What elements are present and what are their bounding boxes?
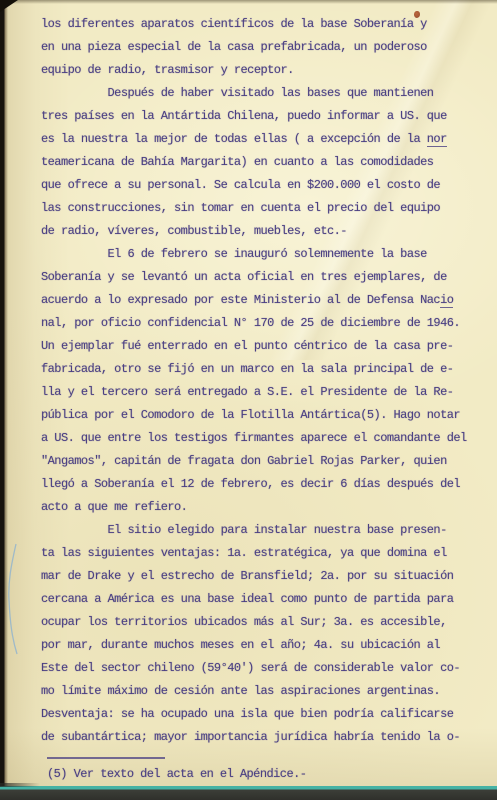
footnote-separator — [47, 757, 165, 759]
line-text: lla y el tercero será entregado a S.E. e… — [41, 385, 453, 399]
line-text: acuerdo a lo expresado por este Minister… — [41, 293, 440, 307]
typewritten-line: acuerdo a lo expresado por este Minister… — [41, 289, 481, 312]
line-text: teamericana de Bahía Margarita) en cuant… — [41, 155, 433, 169]
line-text: las construcciones, sin tomar en cuenta … — [41, 201, 440, 215]
line-text: los diferentes aparatos científicos de l… — [41, 17, 427, 31]
typewritten-line: que ofrece a su personal. Se calcula en … — [41, 174, 481, 197]
line-text: es la nuestra la mejor de todas ellas ( … — [41, 132, 427, 146]
typewritten-line: de subantártica; mayor importancia juríd… — [41, 726, 481, 749]
line-text: Un ejemplar fué enterrado en el punto cé… — [41, 339, 453, 353]
line-text: ta las siguientes ventajas: 1a. estratég… — [41, 546, 447, 560]
typewritten-line: tres países en la Antártida Chilena, pue… — [41, 105, 481, 128]
typewritten-line: Un ejemplar fué enterrado en el punto cé… — [41, 335, 481, 358]
typewritten-line: mar de Drake y el estrecho de Bransfield… — [41, 565, 481, 588]
typewritten-line: las construcciones, sin tomar en cuenta … — [41, 197, 481, 220]
line-text: cercana a América es una base ideal como… — [41, 592, 453, 606]
page-bottom-edge — [0, 786, 497, 800]
line-text: (5) Ver texto del acta en el Apéndice.- — [47, 767, 306, 781]
line-text: ocupar los territorios ubicados más al S… — [41, 615, 447, 629]
typewritten-line: de radio, víveres, combustible, muebles,… — [41, 220, 481, 243]
line-text: Este del sector chileno (59°40') será de… — [41, 661, 460, 675]
typewritten-line: en una pieza especial de la casa prefabr… — [41, 36, 481, 59]
line-text: pública por el Comodoro de la Flotilla A… — [41, 408, 460, 422]
line-text: llegó a Soberanía el 12 de febrero, es d… — [41, 477, 460, 491]
line-text: mo límite máximo de cesión ante las aspi… — [41, 684, 440, 698]
typewritten-line: mo límite máximo de cesión ante las aspi… — [41, 680, 481, 703]
typewritten-line: Después de haber visitado las bases que … — [41, 82, 481, 105]
page-corner-shadow — [0, 0, 18, 12]
line-text: "Angamos", capitán de fragata don Gabrie… — [41, 454, 447, 468]
typewritten-line: nal, por oficio confidencial N° 170 de 2… — [41, 312, 481, 335]
blue-pen-stroke — [0, 538, 30, 663]
line-text: Soberanía y se levantó un acta oficial e… — [41, 270, 447, 284]
underlined-text: nor — [427, 132, 447, 147]
page-left-edge — [0, 0, 8, 800]
typewritten-line: llegó a Soberanía el 12 de febrero, es d… — [41, 473, 481, 496]
line-text: Después de haber visitado las bases que … — [41, 86, 433, 100]
typewritten-line: por mar, durante muchos meses en el año;… — [41, 634, 481, 657]
typewritten-line: El sitio elegido para instalar nuestra b… — [41, 519, 481, 542]
typewritten-line: equipo de radio, trasmisor y receptor. — [41, 59, 481, 82]
typewritten-line: ta las siguientes ventajas: 1a. estratég… — [41, 542, 481, 565]
line-text: mar de Drake y el estrecho de Bransfield… — [41, 569, 453, 583]
line-text: nal, por oficio confidencial N° 170 de 2… — [41, 316, 460, 330]
typewritten-line: es la nuestra la mejor de todas ellas ( … — [41, 128, 481, 151]
line-text: El 6 de febrero se inauguró solemnemente… — [41, 247, 427, 261]
line-text: tres países en la Antártida Chilena, pue… — [41, 109, 447, 123]
typewritten-line: fabricada, otro se fijó en un marco en l… — [41, 358, 481, 381]
typewritten-line: pública por el Comodoro de la Flotilla A… — [41, 404, 481, 427]
typewritten-line: cercana a América es una base ideal como… — [41, 588, 481, 611]
line-text: de subantártica; mayor importancia juríd… — [41, 730, 460, 744]
typewritten-line: los diferentes aparatos científicos de l… — [41, 13, 481, 36]
line-text: a US. que entre los testigos firmantes a… — [41, 431, 467, 445]
line-text: El sitio elegido para instalar nuestra b… — [41, 523, 447, 537]
typewritten-line: "Angamos", capitán de fragata don Gabrie… — [41, 450, 481, 473]
typewritten-line: Desventaja: se ha ocupado una isla que b… — [41, 703, 481, 726]
page-top-edge — [0, 0, 497, 4]
line-text: equipo de radio, trasmisor y receptor. — [41, 63, 294, 77]
line-text: de radio, víveres, combustible, muebles,… — [41, 224, 347, 238]
line-text: en una pieza especial de la casa prefabr… — [41, 40, 427, 54]
typewritten-line: ocupar los territorios ubicados más al S… — [41, 611, 481, 634]
typewritten-line: a US. que entre los testigos firmantes a… — [41, 427, 481, 450]
typewritten-line: Este del sector chileno (59°40') será de… — [41, 657, 481, 680]
document-text-block: los diferentes aparatos científicos de l… — [41, 13, 481, 784]
typewritten-line: lla y el tercero será entregado a S.E. e… — [41, 381, 481, 404]
footnote-text: (5) Ver texto del acta en el Apéndice.- — [47, 764, 481, 784]
line-text: Desventaja: se ha ocupado una isla que b… — [41, 707, 453, 721]
line-text: por mar, durante muchos meses en el año;… — [41, 638, 440, 652]
line-text: acto a que me refiero. — [41, 500, 187, 514]
scanned-typewritten-page: los diferentes aparatos científicos de l… — [0, 0, 497, 800]
underlined-text: io — [440, 293, 453, 308]
line-text: fabricada, otro se fijó en un marco en l… — [41, 362, 453, 376]
typewritten-line: Soberanía y se levantó un acta oficial e… — [41, 266, 481, 289]
typewritten-line: acto a que me refiero. — [41, 496, 481, 519]
typewritten-line: El 6 de febrero se inauguró solemnemente… — [41, 243, 481, 266]
line-text: que ofrece a su personal. Se calcula en … — [41, 178, 440, 192]
typewritten-line: teamericana de Bahía Margarita) en cuant… — [41, 151, 481, 174]
